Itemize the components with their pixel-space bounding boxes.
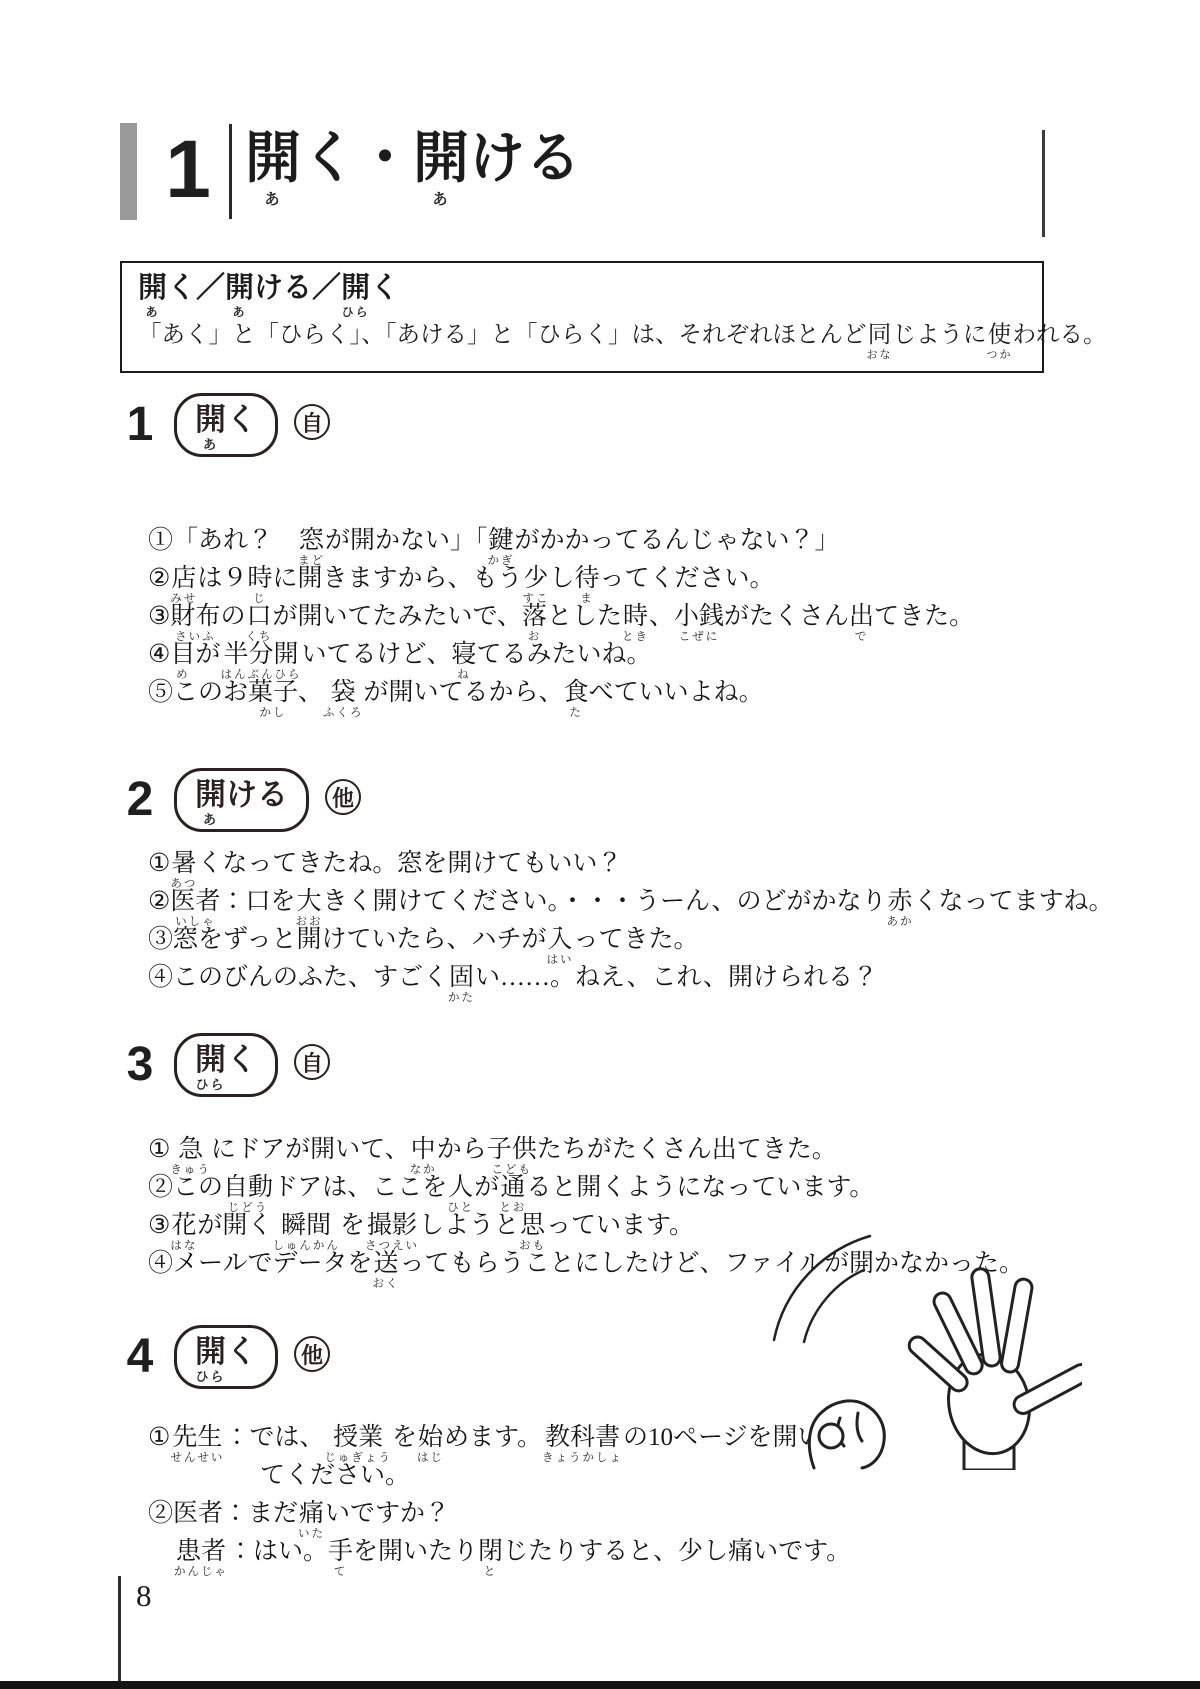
text-segment: 「あく」と「ひらく」、「あける」と「ひらく」は、それぞれほとんど [138,322,867,348]
text-segment: ② [148,565,170,593]
chapter-accent-bar [120,123,137,220]
section-number: 4 [122,1333,158,1381]
sentence-line: ②この自動じどうドアは、ここを人ひとが通とおると開くようになっています。 [148,1174,1024,1212]
open-hand [906,1268,1082,1470]
text-segment: っています。 [546,1212,694,1240]
ruby-segment: 同おな [867,322,893,360]
verb-pill: 開ひらく [174,1033,278,1097]
sentence-line: 患者かんじゃ：はい。手てを開いたり閉とじたりすると、少し痛いです。 [148,1538,851,1576]
section-number: 1 [122,401,158,449]
ruby-segment: 開ひら [195,1043,226,1091]
base-text: 子供 [487,1136,537,1164]
text-segment: に開きますから、もう [272,565,522,593]
ruby-segment: 目め [170,641,195,682]
ruby-segment: 菓子かし [248,679,298,720]
text-segment: ②医者：まだ [148,1500,298,1528]
text-segment: ってきた。 [574,926,699,954]
text-segment: ②この [148,1174,223,1202]
base-text: 鍵 [489,527,514,555]
ruby-segment: 自動じどう [223,1174,273,1215]
furigana: た [569,708,583,720]
base-text: 患者 [176,1538,226,1566]
base-text: 花 [171,1212,196,1240]
text-segment: ③ [148,1212,170,1240]
ruby-segment: 赤あか [886,888,913,929]
text-segment: いてるけど、 [301,641,451,669]
ruby-segment: 教科書きょうかしょ [542,1424,623,1465]
text-segment: ける [469,127,581,189]
text-segment: は９ [197,565,247,593]
base-text: 小銭 [674,603,724,631]
base-text: 開 [195,778,226,812]
text-segment: じたりすると、少し [503,1538,728,1566]
base-text: 手 [328,1538,353,1566]
text-segment: 、 [298,679,323,707]
text-segment: の [220,603,245,631]
sentence-line: ②店みせは９時じに開きますから、もう少すこし待まってください。 [148,565,974,603]
base-text: 赤 [887,888,912,916]
text-segment: く・ [301,127,413,189]
ruby-segment: 子供こども [487,1136,537,1177]
furigana: おく [373,1279,400,1291]
ruby-segment: 出で [849,603,874,644]
sentence-line: ⑤このお菓子かし、袋ふくろが開いてるから、食たべていいよね。 [148,679,974,717]
motion-arc-inner [804,1270,864,1342]
furigana: あ [233,306,247,318]
ruby-segment: 開あ [195,778,226,826]
text-segment: ってください。 [600,565,775,593]
furigana: あ [264,192,281,207]
text-segment: てください。 [260,1462,410,1490]
ruby-segment: 患者かんじゃ [174,1538,228,1579]
ruby-segment: 入はい [547,926,574,967]
text-segment: ① [148,1136,170,1164]
furigana: ふくろ [323,708,364,720]
base-text: 大 [296,888,321,916]
ruby-segment: 授業じゅぎょう [324,1424,392,1465]
ruby-segment: 開あ [225,273,254,318]
ruby-segment: 少すこ [522,565,549,606]
furigana: おな [867,350,893,361]
sentence-line: ②医者：まだ痛いたいですか？ [148,1500,851,1538]
base-text: 撮影 [367,1212,417,1240]
ruby-segment: 食た [564,679,589,720]
motion-arc-outer [774,1236,870,1340]
text-segment: しようと [419,1212,519,1240]
hands-opening-closing-illustration [752,1212,1082,1470]
text-segment: が [474,1174,499,1202]
furigana: あ [432,192,449,207]
base-text: 開 [138,273,167,305]
text-segment: い……。ねえ、これ、開けられる？ [475,964,878,992]
furigana: ひら [195,1078,225,1091]
text-segment: く [226,1043,257,1077]
base-text: 教科書 [545,1424,620,1452]
text-segment: くなってますね。 [913,888,1113,916]
ruby-segment: 先生せんせい [170,1424,224,1465]
ruby-segment: 半分開はんぶんひら [220,641,301,682]
base-text: 開 [341,273,370,305]
furigana: かし [260,708,287,720]
text-segment: を [340,1212,365,1240]
base-text: 思 [520,1212,545,1240]
base-text: 送 [374,1250,399,1278]
sentence-line: てください。 [148,1462,851,1500]
base-text: 半分開 [223,641,298,669]
furigana: せんせい [170,1453,224,1465]
base-text: 袋 [331,679,356,707]
ruby-segment: 開あ [245,127,301,207]
ruby-segment: 落お [522,603,547,644]
base-text: 財布 [170,603,220,631]
verb-pill: 開あく [174,393,278,457]
sentence-line: ①暑あつくなってきたね。窓を開けてもいい？ [148,850,1113,888]
base-text: 通 [500,1174,525,1202]
furigana: こぜに [679,632,720,644]
text-segment: が開く [197,1212,272,1240]
text-segment: ける／ [254,273,341,305]
ruby-segment: 開ひら [195,1335,226,1383]
text-segment: ：口を [220,888,295,916]
base-text: 待 [574,565,599,593]
sentence-line: ①急きゅうにドアが開いて、中なかから子供こどもたちがたくさん出てきた。 [148,1136,1024,1174]
ruby-segment: 閉と [478,1538,503,1579]
ruby-segment: 窓まど [298,527,325,568]
definition-heading: 開あく／開あける／開ひらく [138,273,1026,318]
ruby-segment: 思おも [519,1212,546,1253]
text-segment: がたくさん [724,603,849,631]
text-segment: 、 [649,603,674,631]
text-segment: がかかってるんじゃない？」 [515,527,840,555]
furigana: ひら [195,1370,225,1383]
ruby-segment: 店みせ [170,565,197,606]
base-text: 暑 [171,850,196,878]
transitivity-marker: 自 [294,1044,330,1080]
ruby-segment: 通とお [499,1174,526,1215]
ruby-segment: 鍵かぎ [488,527,515,568]
text-segment: きく開けてください。・・・うーん、のどがかなり [322,888,886,916]
page-bottom-edge [0,1681,1200,1689]
section-header: 1開あく自 [122,393,330,457]
text-segment: し [549,565,574,593]
ruby-segment: 瞬間しゅんかん [272,1212,340,1253]
text-segment: たちがたくさん出てきた。 [537,1136,837,1164]
ruby-segment: 始はじ [417,1424,444,1465]
furigana: あ [203,813,218,826]
text-segment: が開いてるから、 [364,679,564,707]
sentence-line: ②医者いしゃ：口を大おおきく開けてください。・・・うーん、のどがかなり赤あかくな… [148,888,1113,926]
base-text: 菓子 [248,679,298,707]
base-text: 目 [170,641,195,669]
text-segment: くなってきたね。窓を開けてもいい？ [197,850,622,878]
base-text: 店 [171,565,196,593]
base-text: 開 [245,127,301,189]
ruby-segment: 財布さいふ [170,603,220,644]
base-text: 食 [564,679,589,707]
text-segment: が開かない」「 [325,527,488,555]
furigana: で [855,632,869,644]
text-segment: を [392,1424,417,1452]
base-text: 開 [225,273,254,305]
ruby-segment: 撮影さつえい [365,1212,419,1253]
section-header: 4開ひらく他 [122,1325,330,1389]
header-divider [229,124,232,219]
ruby-segment: 小銭こぜに [674,603,724,644]
text-segment: く／ [167,273,225,305]
base-text: 少 [523,565,548,593]
base-text: 口 [246,603,271,631]
ruby-segment: 開あ [413,127,469,207]
text-segment: ①「あれ？ [148,527,298,555]
text-segment: ：はい。 [228,1538,328,1566]
base-text: 始 [418,1424,443,1452]
base-text: 痛 [299,1500,324,1528]
transitivity-marker: 他 [294,1336,330,1372]
text-segment: が開いてたみたいで、 [272,603,522,631]
base-text: 使 [988,322,1012,348]
text-segment: われる。 [1013,322,1107,348]
text-segment: ：では、 [224,1424,324,1452]
ruby-segment: 待ま [574,565,599,606]
base-text: 自動 [223,1174,273,1202]
furigana: つか [987,350,1013,361]
ruby-segment: 痛いた [298,1500,325,1541]
base-text: 固 [449,964,474,992]
section-number: 3 [122,1041,158,1089]
ruby-segment: 寝ね [451,641,476,682]
text-segment: ② [148,888,170,916]
transitivity-marker: 自 [294,404,330,440]
base-text: 人 [448,1174,473,1202]
transitivity-marker: 他 [325,779,361,815]
ruby-segment: 暑あつ [170,850,197,891]
definition-body: 「あく」と「ひらく」、「あける」と「ひらく」は、それぞれほとんど同おなじように使… [138,322,1026,360]
text-segment: ける [226,778,288,812]
furigana: きょうかしょ [542,1453,623,1465]
section-header: 3開ひらく自 [122,1033,330,1097]
page-number: 8 [136,1578,152,1614]
base-text: 同 [868,322,892,348]
text-segment: てきた。 [874,603,974,631]
example-sentences: ①「あれ？ 窓まどが開かない」「鍵かぎがかかってるんじゃない？」②店みせは９時じ… [148,527,974,717]
text-segment: ④ [148,641,170,669]
ruby-segment: 口くち [245,603,272,644]
text-segment: べていいよね。 [589,679,764,707]
furigana: かた [448,993,475,1005]
text-segment: にドアが開いて、 [211,1136,410,1164]
furigana: かんじゃ [174,1567,228,1579]
sentence-line: ③財布さいふの口くちが開いてたみたいで、落おとした時とき、小銭こぜにがたくさん出… [148,603,974,641]
furigana: はじ [417,1453,444,1465]
ruby-segment: 開あ [195,403,226,451]
base-text: 開 [195,403,226,437]
base-text: 開 [413,127,469,189]
text-segment: 痛いです。 [728,1538,851,1566]
text-segment: ると開くようになっています。 [526,1174,874,1202]
furigana: て [334,1567,348,1579]
ruby-segment: 開ひら [341,273,370,318]
ruby-segment: 手て [328,1538,353,1579]
sentence-line: ④目めが半分開はんぶんひらいてるけど、寝ねてるみたいね。 [148,641,974,679]
furigana: と [484,1567,498,1579]
ruby-segment: 時とき [622,603,649,644]
text-segment: ③ [148,603,170,631]
section-number: 2 [122,776,158,824]
sentence-line: ③窓をずっと開けていたら、ハチが入はいってきた。 [148,926,1113,964]
furigana: あか [886,917,913,929]
base-text: 寝 [451,641,476,669]
base-text: 窓 [299,527,324,555]
base-text: 開 [195,1335,226,1369]
definition-box: 開あく／開あける／開ひらく 「あく」と「ひらく」、「あける」と「ひらく」は、それ… [120,261,1044,373]
ruby-segment: 使つか [987,322,1013,360]
ruby-segment: 急きゅう [170,1136,211,1177]
base-text: 出 [849,603,874,631]
sentence-line: ④このびんのふた、すごく固かたい……。ねえ、これ、開けられる？ [148,964,1113,1002]
text-segment: とした [547,603,622,631]
textbook-page: 1 開あく・開あける 開あく／開あける／開ひらく 「あく」と「ひらく」、「あける… [0,0,1200,1689]
text-segment: ⑤このお [148,679,248,707]
base-text: 開 [195,1043,226,1077]
base-text: 閉 [478,1538,503,1566]
text-segment: ③窓をずっと開けていたら、ハチが [148,926,547,954]
text-segment: が [195,641,220,669]
text-segment: く [226,403,257,437]
text-segment: く [370,273,399,305]
text-segment: を開いたり [353,1538,478,1566]
base-text: 落 [522,603,547,631]
furigana: あ [146,306,160,318]
base-text: 入 [548,926,573,954]
base-text: 先生 [172,1424,222,1452]
ruby-segment: 送おく [373,1250,400,1291]
text-segment: いですか？ [325,1500,450,1528]
furigana: あ [203,438,218,451]
example-sentences: ①暑あつくなってきたね。窓を開けてもいい？②医者いしゃ：口を大おおきく開けてくだ… [148,850,1113,1002]
footer-rule [118,1576,121,1689]
text-segment: く [226,1335,257,1369]
base-text: 時 [623,603,648,631]
text-segment: ④メールでデータを [148,1250,373,1278]
chapter-title: 開あく・開あける [245,127,581,207]
text-segment: めます。 [444,1424,542,1452]
ruby-segment: 中なか [410,1136,437,1177]
text-segment: じように [893,322,987,348]
chapter-number: 1 [152,120,224,220]
base-text: 急 [178,1136,203,1164]
ruby-segment: 時じ [247,565,272,606]
closed-fist [809,1401,884,1468]
example-sentences: ①先生せんせい：では、授業じゅぎょうを始はじめます。教科書きょうかしょの10ペー… [148,1424,851,1576]
ruby-segment: 人ひと [447,1174,474,1215]
text-segment: ④このびんのふた、すごく [148,964,448,992]
sentence-line: ①先生せんせい：では、授業じゅぎょうを始はじめます。教科書きょうかしょの10ペー… [148,1424,851,1462]
ruby-segment: 大おお [295,888,322,929]
ruby-segment: 固かた [448,964,475,1005]
base-text: 瞬間 [281,1212,331,1240]
header-right-rule [1042,130,1045,237]
base-text: 医者 [170,888,220,916]
verb-pill: 開あける [174,768,309,832]
ruby-segment: 花はな [170,1212,197,1253]
base-text: 時 [247,565,272,593]
ruby-segment: 開あ [138,273,167,318]
text-segment: ① [148,850,170,878]
section-header: 2開あける他 [122,768,361,832]
base-text: 中 [411,1136,436,1164]
text-segment: から [437,1136,487,1164]
ruby-segment: 医者いしゃ [170,888,220,929]
ruby-segment: 袋ふくろ [323,679,364,720]
base-text: 授業 [333,1424,383,1452]
furigana: ひら [342,306,370,318]
text-segment: ドアは、ここを [273,1174,447,1202]
verb-pill: 開ひらく [174,1325,278,1389]
sentence-line: ①「あれ？ 窓まどが開かない」「鍵かぎがかかってるんじゃない？」 [148,527,974,565]
text-segment: てるみたいね。 [476,641,651,669]
text-segment: ① [148,1424,170,1452]
